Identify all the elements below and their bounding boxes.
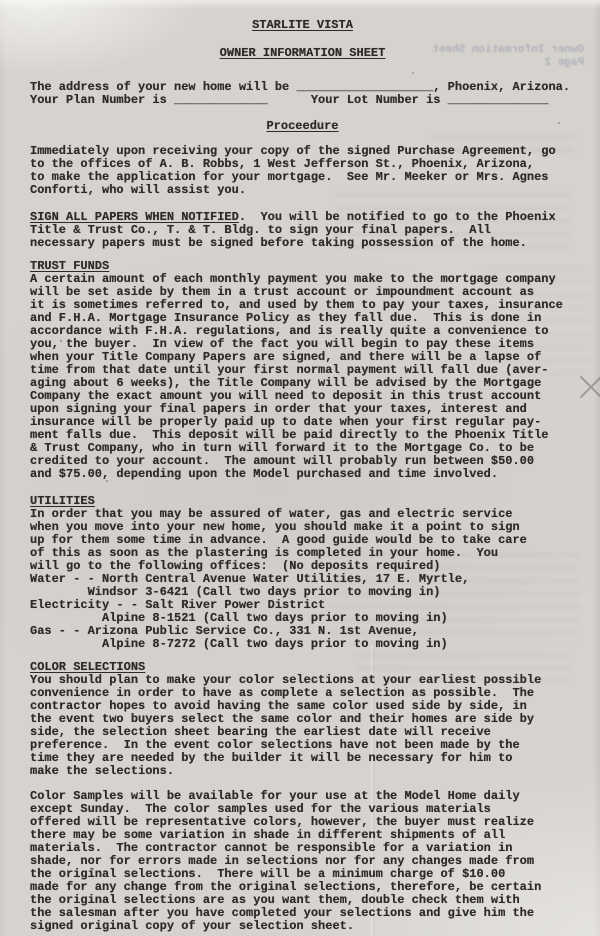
document-content: STARLITE VISTA OWNER INFORMATION SHEET T… — [0, 0, 600, 936]
utilities-section: UTILITIES In order that you may be assur… — [30, 495, 575, 651]
trust-funds-section: TRUST FUNDS A certain amount of each mon… — [30, 260, 575, 481]
color-selections-section: COLOR SELECTIONS You should plan to make… — [30, 661, 575, 778]
color-selections-body: You should plan to make your color selec… — [30, 674, 575, 778]
sign-papers-heading: SIGN ALL PAPERS WHEN NOTIFIED — [30, 210, 239, 224]
trust-funds-body: A certain amount of each monthly payment… — [30, 273, 575, 481]
page-subtitle: OWNER INFORMATION SHEET — [30, 47, 575, 60]
procedure-heading: Proceedure — [30, 120, 575, 133]
procedure-paragraph: Immediately upon receiving your copy of … — [30, 145, 575, 197]
plan-lot-line: Your Plan Number is _____________ Your L… — [30, 94, 575, 107]
sign-papers-paragraph: SIGN ALL PAPERS WHEN NOTIFIED. You will … — [30, 211, 575, 250]
color-samples-paragraph: Color Samples will be available for your… — [30, 790, 575, 933]
address-block: The address of your new home will be ___… — [30, 81, 575, 107]
scanned-document-page: Owner Information Sheet Page 2 STARLITE … — [0, 0, 600, 936]
utilities-body: In order that you may be assured of wate… — [30, 508, 575, 651]
page-title: STARLITE VISTA — [30, 19, 575, 32]
